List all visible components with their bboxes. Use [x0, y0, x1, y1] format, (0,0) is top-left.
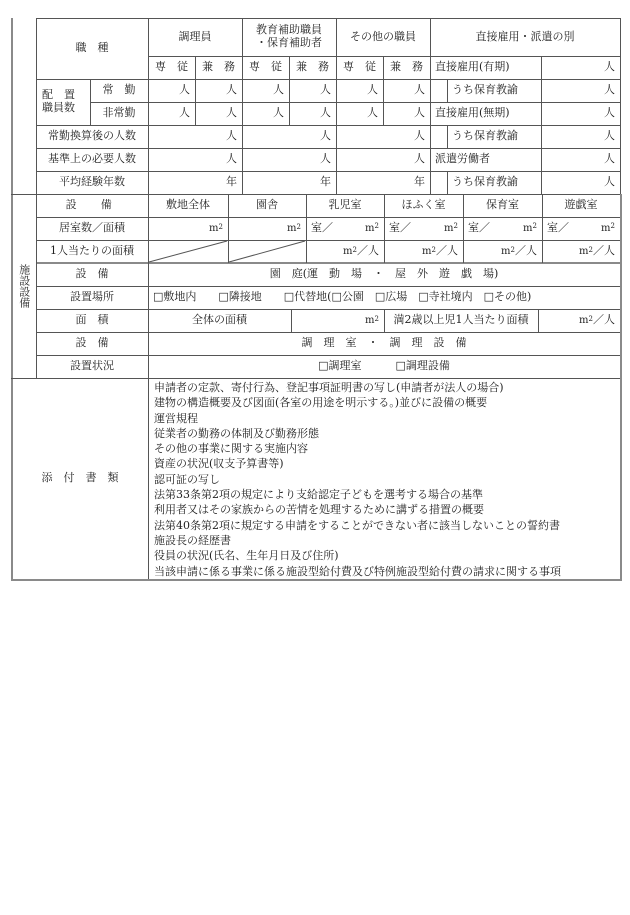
input-play-rooms-area[interactable]: 室／m2 [542, 217, 620, 240]
row-label-kitchen-equipment: 設 備 [36, 332, 148, 355]
divider [11, 579, 622, 581]
header-cook: 調理員 [148, 18, 242, 56]
unit-room: 室／ [468, 222, 490, 235]
placement-label-line2: 職員数 [42, 102, 75, 115]
subheader-dedicated: 専 従 [242, 56, 289, 79]
slash-not-applicable [228, 240, 306, 263]
attachment-item: 役員の状況(氏名、生年月日及び住所) [154, 548, 561, 563]
row-label-install-status: 設置状況 [36, 355, 148, 378]
input-cook-dedicated-regular[interactable]: 人 [148, 79, 195, 102]
col-nursery-room: 保育室 [463, 194, 542, 217]
unit-sup: 2 [375, 315, 379, 323]
facility-section-label: 施設設備 [12, 194, 36, 378]
input-fixed-term-teachers[interactable]: 人 [541, 79, 620, 102]
input-nursery-per-person[interactable]: m2／人 [463, 240, 542, 263]
input-nursery-rooms-area[interactable]: 室／m2 [463, 217, 542, 240]
input-edu-converted[interactable]: 人 [242, 125, 336, 148]
row-label-regular: 常 勤 [90, 79, 148, 102]
unit-m2: m [209, 223, 218, 235]
input-other-dedicated-irregular[interactable]: 人 [336, 102, 383, 125]
unit-sup: 2 [219, 223, 223, 231]
unit-m2: m [287, 223, 296, 235]
unit-m2: m [365, 315, 374, 327]
input-other-converted[interactable]: 人 [336, 125, 430, 148]
unit-room: 室／ [311, 222, 333, 235]
unit-sup: 2 [589, 315, 593, 323]
attachment-item: 申請者の定款、寄付行為、登記事項証明書の写し(申請者が法人の場合) [154, 380, 561, 395]
input-site-area[interactable]: m2 [148, 217, 228, 240]
subheader-dedicated: 専 従 [148, 56, 195, 79]
attachment-item: その他の事業に関する実施内容 [154, 441, 561, 456]
unit-m2: m [444, 223, 453, 234]
unit-m2: m [601, 223, 610, 234]
row-label-required: 基準上の必要人数 [36, 148, 148, 171]
unit-m2: m [501, 246, 510, 258]
divider [620, 18, 621, 194]
unit-per-person: ／人 [357, 245, 379, 258]
subheader-concurrent: 兼 務 [289, 56, 336, 79]
unit-per-person: ／人 [436, 245, 458, 258]
col-infant-room: 乳児室 [306, 194, 384, 217]
unit-per-person: ／人 [593, 314, 615, 327]
unit-sup: 2 [511, 246, 515, 254]
col-play-room: 遊戯室 [542, 194, 620, 217]
facility-section-label-text: 施設設備 [18, 264, 30, 308]
input-edu-required[interactable]: 人 [242, 148, 336, 171]
row-label-converted: 常勤換算後の人数 [36, 125, 148, 148]
unit-sup: 2 [375, 222, 379, 230]
row-label-yard-equipment: 設 備 [36, 263, 148, 286]
label-per-child-area: 満2歳以上児1人当たり面積 [384, 309, 538, 332]
unit-per-person: ／人 [593, 245, 615, 258]
checkbox-kitchen-room[interactable]: □調理室 [318, 360, 361, 373]
divider [620, 194, 622, 378]
row-label-rooms-area: 居室数／面積 [36, 217, 148, 240]
input-other-required[interactable]: 人 [336, 148, 430, 171]
header-employment-type: 直接雇用・派遣の別 [430, 18, 620, 56]
row-label-location: 設置場所 [36, 286, 148, 309]
input-permanent-teachers[interactable]: 人 [541, 125, 620, 148]
input-edu-concurrent-irregular[interactable]: 人 [289, 102, 336, 125]
employment-label-permanent: 直接雇用(無期) [430, 102, 541, 125]
col-site-total: 敷地全体 [148, 194, 228, 217]
unit-sup: 2 [589, 246, 593, 254]
attachment-item: 当該申請に係る事業に係る施設型給付費及び特例施設型給付費の請求に関する事項 [154, 564, 561, 579]
row-label-irregular: 非常勤 [90, 102, 148, 125]
row-label-avg-years: 平均経験年数 [36, 171, 148, 194]
input-cook-concurrent-irregular[interactable]: 人 [195, 102, 242, 125]
unit-sup: 2 [297, 223, 301, 231]
slash-not-applicable [148, 240, 228, 263]
input-cook-avg-years[interactable]: 年 [148, 171, 242, 194]
kitchen-title: 調 理 室 ・ 調 理 設 備 [148, 332, 620, 355]
attachment-item: 施設長の経歴書 [154, 533, 561, 548]
unit-m2-wrap: m2 [365, 223, 379, 235]
input-play-per-person[interactable]: m2／人 [542, 240, 620, 263]
checkbox-kitchen-equipment[interactable]: □調理設備 [396, 360, 450, 373]
unit-sup: 2 [353, 246, 357, 254]
row-label-per-person-area: 1人当たりの面積 [36, 240, 148, 263]
unit-sup: 2 [611, 222, 615, 230]
unit-per-person: ／人 [515, 245, 537, 258]
attachment-item: 利用者又はその家族からの苦情を処理するために講ずる措置の概要 [154, 502, 561, 517]
input-other-avg-years[interactable]: 年 [336, 171, 430, 194]
placement-staff-label: 配 置 職員数 [36, 79, 90, 125]
employment-label-fixed-term-teachers: うち保育教諭 [447, 79, 541, 102]
input-infant-rooms-area[interactable]: 室／m2 [306, 217, 384, 240]
input-permanent[interactable]: 人 [541, 102, 620, 125]
row-label-area: 面 積 [36, 309, 148, 332]
attachment-item: 法第40条第2項に規定する申請をすることができない者に該当しないことの誓約書 [154, 518, 561, 533]
col-crawling-room: ほふく室 [384, 194, 463, 217]
header-edu-assist: 教育補助職員 ・保育補助者 [242, 18, 336, 56]
unit-room: 室／ [389, 222, 411, 235]
input-cook-concurrent-regular[interactable]: 人 [195, 79, 242, 102]
subheader-concurrent: 兼 務 [383, 56, 430, 79]
input-yard-total-area[interactable]: m2 [291, 309, 384, 332]
unit-m2-wrap: m2 [444, 223, 458, 235]
input-other-concurrent-irregular[interactable]: 人 [383, 102, 430, 125]
divider [148, 378, 149, 580]
attachment-item: 法第33条第2項の規定により支給認定子どもを選考する場合の基準 [154, 487, 561, 502]
kitchen-status-options: □調理室 □調理設備 [148, 355, 620, 378]
attachments-list: 申請者の定款、寄付行為、登記事項証明書の写し(申請者が法人の場合) 建物の構造概… [154, 380, 561, 579]
input-edu-dedicated-irregular[interactable]: 人 [242, 102, 289, 125]
subheader-concurrent: 兼 務 [195, 56, 242, 79]
input-crawling-rooms-area[interactable]: 室／m2 [384, 217, 463, 240]
input-edu-concurrent-regular[interactable]: 人 [289, 79, 336, 102]
attachment-item: 資産の状況(収支予算書等) [154, 456, 561, 471]
input-fixed-term[interactable]: 人 [541, 56, 620, 79]
unit-sup: 2 [454, 222, 458, 230]
header-edu-assist-line2: ・保育補助者 [256, 37, 322, 50]
unit-m2: m [422, 246, 431, 258]
yard-location-options[interactable]: □敷地内 □隣接地 □代替地(□公園 □広場 □寺社境内 □その他) [148, 286, 620, 309]
divider [620, 378, 622, 580]
input-cook-converted[interactable]: 人 [148, 125, 242, 148]
employment-label-dispatched: 派遣労働者 [430, 148, 541, 171]
input-edu-dedicated-regular[interactable]: 人 [242, 79, 289, 102]
employment-label-fixed-term: 直接雇用(有期) [430, 56, 541, 79]
unit-m2: m [579, 315, 588, 327]
input-building-area[interactable]: m2 [228, 217, 306, 240]
attachment-item: 運営規程 [154, 411, 561, 426]
attachment-item: 従業者の勤務の体制及び勤務形態 [154, 426, 561, 441]
input-other-concurrent-regular[interactable]: 人 [383, 79, 430, 102]
unit-sup: 2 [533, 222, 537, 230]
unit-m2: m [343, 246, 352, 258]
employment-label-permanent-teachers: うち保育教諭 [447, 125, 541, 148]
input-dispatched-teachers[interactable]: 人 [541, 171, 620, 194]
label-total-area: 全体の面積 [148, 309, 291, 332]
input-other-dedicated-regular[interactable]: 人 [336, 79, 383, 102]
unit-m2: m [365, 223, 374, 234]
row-label-equipment: 設 備 [36, 194, 148, 217]
unit-m2: m [523, 223, 532, 234]
attachment-item: 認可証の写し [154, 472, 561, 487]
header-job-type: 職 種 [36, 18, 148, 79]
employment-label-dispatched-teachers: うち保育教諭 [447, 171, 541, 194]
input-per-child-area[interactable]: m2／人 [538, 309, 620, 332]
col-building: 園舎 [228, 194, 306, 217]
attachment-item: 建物の構造概要及び図面(各室の用途を明示する。)並びに設備の概要 [154, 395, 561, 410]
yard-title: 園 庭(運 動 場 ・ 屋 外 遊 戯 場) [148, 263, 620, 286]
input-cook-dedicated-irregular[interactable]: 人 [148, 102, 195, 125]
unit-m2: m [579, 246, 588, 258]
unit-sup: 2 [432, 246, 436, 254]
unit-m2-wrap: m2 [523, 223, 537, 235]
header-other-staff: その他の職員 [336, 18, 430, 56]
attachments-label: 添 付 書 類 [12, 378, 148, 579]
input-crawling-per-person[interactable]: m2／人 [384, 240, 463, 263]
subheader-dedicated: 専 従 [336, 56, 383, 79]
input-infant-per-person[interactable]: m2／人 [306, 240, 384, 263]
unit-m2-wrap: m2 [601, 223, 615, 235]
input-edu-avg-years[interactable]: 年 [242, 171, 336, 194]
unit-room: 室／ [547, 222, 569, 235]
input-cook-required[interactable]: 人 [148, 148, 242, 171]
input-dispatched[interactable]: 人 [541, 148, 620, 171]
